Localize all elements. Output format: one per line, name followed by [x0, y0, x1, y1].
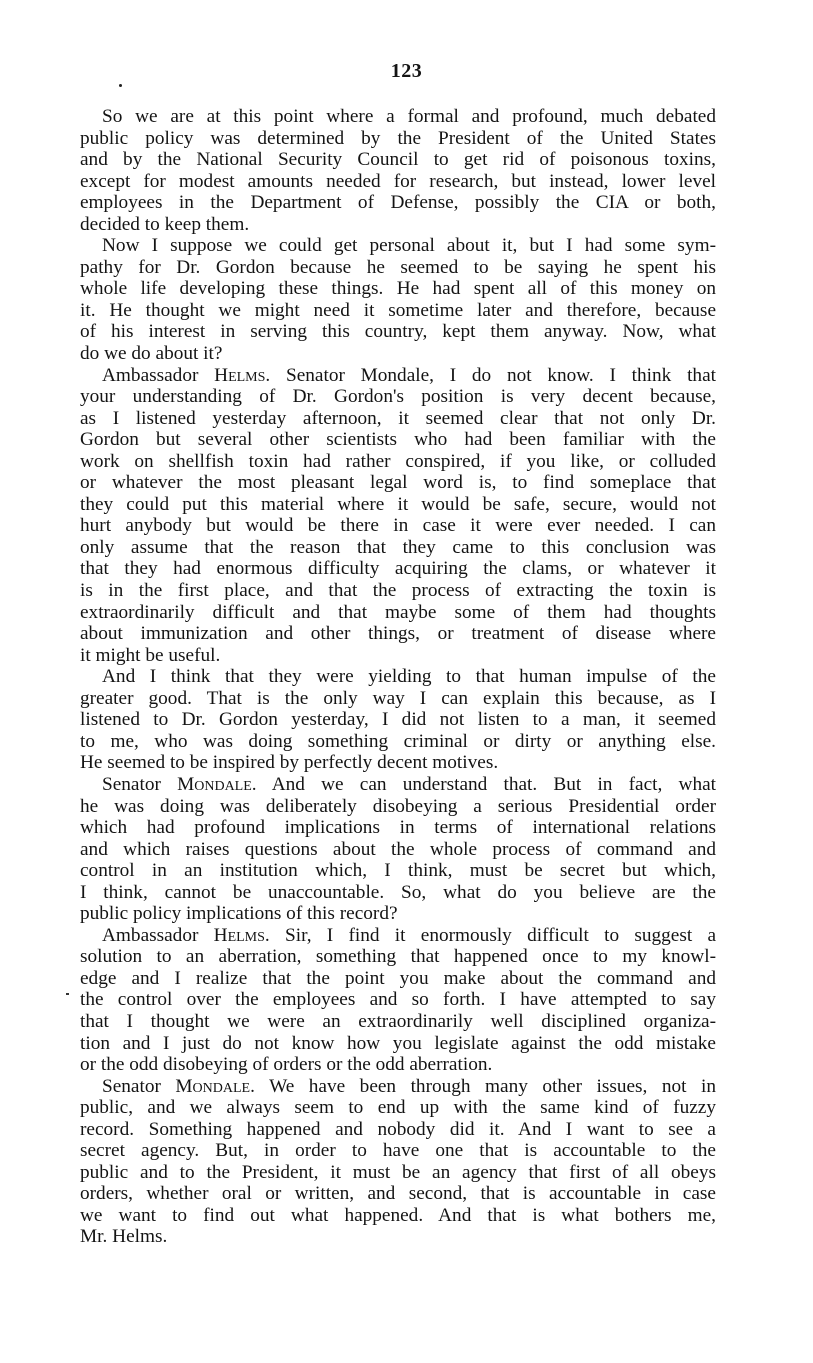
text-line: public, and we always seem to end up wit… [80, 1097, 716, 1119]
text-line: as I listened yesterday afternoon, it se… [80, 408, 716, 430]
page-number: 123 [0, 60, 813, 83]
text-line: of his interest in serving this country,… [80, 321, 716, 343]
text-line: tion and I just do not know how you legi… [80, 1033, 716, 1055]
text-line: and by the National Security Council to … [80, 149, 716, 171]
text-line: Senator Mondale. We have been through ma… [80, 1076, 716, 1098]
text-line: public and to the President, it must be … [80, 1162, 716, 1184]
speaker-surname: Helms. [214, 365, 270, 386]
text-line: except for modest amounts needed for res… [80, 171, 716, 193]
speaker-surname: Mondale. [175, 1076, 255, 1097]
speaker-title: Ambassador [102, 365, 214, 386]
speaker-title: Senator [102, 1076, 175, 1097]
text-line: they could put this material where it wo… [80, 494, 716, 516]
speaker-name: Senator Mondale. [102, 1076, 255, 1097]
text-line: So we are at this point where a formal a… [80, 106, 716, 128]
text-line: about immunization and other things, or … [80, 623, 716, 645]
text-line: that I thought we were an extraordinaril… [80, 1011, 716, 1033]
text-line: hurt anybody but would be there in case … [80, 515, 716, 537]
text-line: I think, cannot be unaccountable. So, wh… [80, 882, 716, 904]
transcript-paragraph: Ambassador Helms. Senator Mondale, I do … [80, 365, 716, 667]
text-line: listened to Dr. Gordon yesterday, I did … [80, 709, 716, 731]
speaker-title: Senator [102, 774, 177, 795]
scan-artifact-dot [119, 84, 122, 87]
text-line: that they had enormous difficulty acquir… [80, 558, 716, 580]
transcript-paragraph: Now I suppose we could get personal abou… [80, 235, 716, 364]
text-line: or the odd disobeying of orders or the o… [80, 1054, 716, 1076]
text-line: or whatever the most pleasant legal word… [80, 472, 716, 494]
text-line: Senator Mondale. And we can understand t… [80, 774, 716, 796]
speaker-name: Senator Mondale. [102, 774, 257, 795]
speaker-surname: Mondale. [177, 774, 257, 795]
text-line: it. He thought we might need it sometime… [80, 300, 716, 322]
text-line: edge and I realize that the point you ma… [80, 968, 716, 990]
text-line: employees in the Department of Defense, … [80, 192, 716, 214]
text-line: Now I suppose we could get personal abou… [80, 235, 716, 257]
text-line: orders, whether oral or written, and sec… [80, 1183, 716, 1205]
transcript-paragraph: Senator Mondale. We have been through ma… [80, 1076, 716, 1248]
text-line: Ambassador Helms. Sir, I find it enormou… [80, 925, 716, 947]
text-line: solution to an aberration, something tha… [80, 946, 716, 968]
text-line: we want to find out what happened. And t… [80, 1205, 716, 1227]
text-line: Gordon but several other scientists who … [80, 429, 716, 451]
text-line: it might be useful. [80, 645, 716, 667]
text-line: the control over the employees and so fo… [80, 989, 716, 1011]
transcript-paragraph: And I think that they were yielding to t… [80, 666, 716, 774]
text-line: record. Something happened and nobody di… [80, 1119, 716, 1141]
text-line: decided to keep them. [80, 214, 716, 236]
speaker-name: Ambassador Helms. [102, 365, 270, 386]
text-line: greater good. That is the only way I can… [80, 688, 716, 710]
text-line: Mr. Helms. [80, 1226, 716, 1248]
text-line: pathy for Dr. Gordon because he seemed t… [80, 257, 716, 279]
transcript-paragraph: So we are at this point where a formal a… [80, 106, 716, 235]
text-line: he was doing was deliberately disobeying… [80, 796, 716, 818]
text-line: work on shellfish toxin had rather consp… [80, 451, 716, 473]
text-line: public policy was determined by the Pres… [80, 128, 716, 150]
scan-artifact-dash [66, 993, 69, 995]
text-line: to me, who was doing something criminal … [80, 731, 716, 753]
text-line: control in an institution which, I think… [80, 860, 716, 882]
speaker-name: Ambassador Helms. [102, 925, 270, 946]
text-line: which had profound implications in terms… [80, 817, 716, 839]
transcript-paragraph: Senator Mondale. And we can understand t… [80, 774, 716, 925]
text-line: is in the first place, and that the proc… [80, 580, 716, 602]
text-line: your understanding of Dr. Gordon's posit… [80, 386, 716, 408]
text-line: only assume that the reason that they ca… [80, 537, 716, 559]
speaker-surname: Helms. [214, 925, 270, 946]
text-line: He seemed to be inspired by perfectly de… [80, 752, 716, 774]
text-line: public policy implications of this recor… [80, 903, 716, 925]
text-line: extraordinarily difficult and that maybe… [80, 602, 716, 624]
text-line: Ambassador Helms. Senator Mondale, I do … [80, 365, 716, 387]
text-line: whole life developing these things. He h… [80, 278, 716, 300]
text-line: secret agency. But, in order to have one… [80, 1140, 716, 1162]
speaker-title: Ambassador [102, 925, 214, 946]
text-line: And I think that they were yielding to t… [80, 666, 716, 688]
transcript-body: So we are at this point where a formal a… [80, 106, 716, 1248]
text-line: and which raises questions about the who… [80, 839, 716, 861]
text-line: do we do about it? [80, 343, 716, 365]
transcript-paragraph: Ambassador Helms. Sir, I find it enormou… [80, 925, 716, 1076]
